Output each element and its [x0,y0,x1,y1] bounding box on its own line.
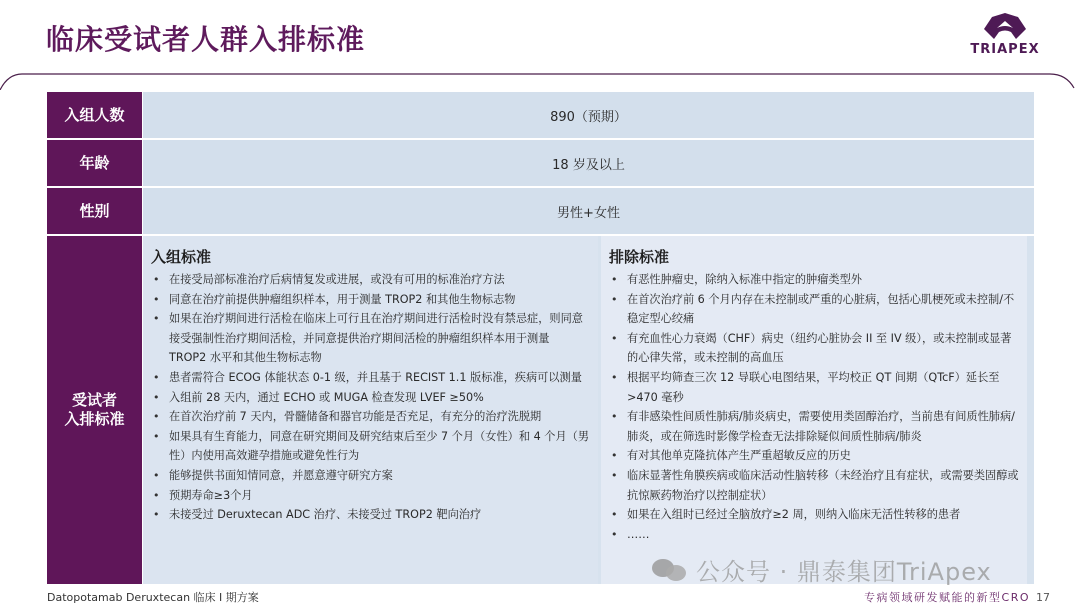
list-item: •能够提供书面知情同意，并愿意遵守研究方案 [151,466,590,486]
criteria-table: 入组人数 890（预期） 年龄 18 岁及以上 性别 男性+女性 受试者 入排标… [47,92,1034,586]
page-number: 17 [1036,591,1050,604]
row-sex: 性别 男性+女性 [47,188,1034,234]
bullet-icon: • [611,446,618,466]
list-item: •临床显著性角膜疾病或临床活动性脑转移（未经治疗且有症状，或需要类固醇或抗惊厥药… [609,466,1019,505]
list-item: •根据平均筛查三次 12 导联心电图结果，平均校正 QT 间期（QTcF）延长至… [609,368,1019,407]
list-item: •有非感染性间质性肺病/肺炎病史，需要使用类固醇治疗，当前患有间质性肺病/肺炎，… [609,407,1019,446]
inclusion-panel: 入组标准 •在接受局部标准治疗后病情复发或进展，或没有可用的标准治疗方法 •同意… [143,236,598,584]
list-item: •预期寿命≥3个月 [151,486,590,506]
watermark-text: 公众号 · 鼎泰集团TriApex [696,552,992,587]
list-item: •有恶性肿瘤史，除纳入标准中指定的肿瘤类型外 [609,270,1019,290]
row-criteria: 受试者 入排标准 入组标准 •在接受局部标准治疗后病情复发或进展，或没有可用的标… [47,236,1034,584]
list-item: •入组前 28 天内，通过 ECHO 或 MUGA 检查发现 LVEF ≥50% [151,388,590,408]
label-criteria-line2: 入排标准 [64,410,124,429]
bullet-icon: • [611,270,618,290]
list-item: •患者需符合 ECOG 体能状态 0-1 级，并且基于 RECIST 1.1 版… [151,368,590,388]
bullet-icon: • [153,466,160,486]
bullet-icon: • [153,486,160,506]
bullet-icon: • [153,407,160,427]
value-enrollment: 890（预期） [143,92,1034,138]
bullet-icon: • [611,505,618,525]
inclusion-title: 入组标准 [151,246,590,267]
exclusion-panel: 排除标准 •有恶性肿瘤史，除纳入标准中指定的肿瘤类型外 •在首次治疗前 6 个月… [601,236,1027,584]
list-item: •如果在治疗期间进行活检在临床上可行且在治疗期间进行活检时没有禁忌症，则同意接受… [151,309,590,368]
footer-slogan: 专病领域研发赋能的新型CRO [864,591,1030,604]
label-criteria-line1: 受试者 [64,391,124,410]
list-item: •同意在治疗前提供肿瘤组织样本，用于测量 TROP2 和其他生物标志物 [151,290,590,310]
footer-slogan-block: 专病领域研发赋能的新型CRO17 [864,589,1050,605]
bullet-icon: • [611,466,618,486]
bullet-icon: • [153,388,160,408]
row-enrollment: 入组人数 890（预期） [47,92,1034,138]
list-item: •…… [609,525,1019,545]
bullet-icon: • [611,407,618,427]
bullet-icon: • [611,290,618,310]
exclusion-title: 排除标准 [609,246,1019,267]
triapex-logo: TRIAPEX [960,12,1050,60]
bullet-icon: • [153,309,160,329]
wechat-icon [652,557,690,583]
bullet-icon: • [153,368,160,388]
label-criteria: 受试者 入排标准 [47,236,142,584]
list-item: •未接受过 Deruxtecan ADC 治疗、未接受过 TROP2 靶向治疗 [151,505,590,525]
list-item: •如果在入组时已经过全脑放疗≥2 周，则纳入临床无活性转移的患者 [609,505,1019,525]
value-age: 18 岁及以上 [143,140,1034,186]
exclusion-list: •有恶性肿瘤史，除纳入标准中指定的肿瘤类型外 •在首次治疗前 6 个月内存在未控… [609,270,1019,544]
triapex-logo-icon [982,12,1028,42]
list-item: •如果具有生育能力，同意在研究期间及研究结束后至少 7 个月（女性）和 4 个月… [151,427,590,466]
bullet-icon: • [611,329,618,349]
footer-document-title: Datopotamab Deruxtecan 临床 I 期方案 [47,589,259,605]
row-age: 年龄 18 岁及以上 [47,140,1034,186]
list-item: •在接受局部标准治疗后病情复发或进展，或没有可用的标准治疗方法 [151,270,590,290]
list-item: •有对其他单克隆抗体产生严重超敏反应的历史 [609,446,1019,466]
label-enrollment: 入组人数 [47,92,142,138]
bullet-icon: • [153,505,160,525]
logo-text: TRIAPEX [964,42,1046,57]
label-sex: 性别 [47,188,142,234]
bullet-icon: • [153,290,160,310]
bullet-icon: • [153,427,160,447]
inclusion-list: •在接受局部标准治疗后病情复发或进展，或没有可用的标准治疗方法 •同意在治疗前提… [151,270,590,525]
bullet-icon: • [153,270,160,290]
watermark: 公众号 · 鼎泰集团TriApex [652,552,992,587]
criteria-body: 入组标准 •在接受局部标准治疗后病情复发或进展，或没有可用的标准治疗方法 •同意… [143,236,1034,584]
list-item: •在首次治疗前 6 个月内存在未控制或严重的心脏病，包括心肌梗死或未控制/不稳定… [609,290,1019,329]
bullet-icon: • [611,368,618,388]
bullet-icon: • [611,525,618,545]
page-title: 临床受试者人群入排标准 [46,18,365,58]
value-sex: 男性+女性 [143,188,1034,234]
list-item: •有充血性心力衰竭（CHF）病史（纽约心脏协会 II 至 IV 级），或未控制或… [609,329,1019,368]
list-item: •在首次治疗前 7 天内，骨髓储备和器官功能是否充足，有充分的治疗洗脱期 [151,407,590,427]
header-divider [0,70,1080,90]
label-age: 年龄 [47,140,142,186]
